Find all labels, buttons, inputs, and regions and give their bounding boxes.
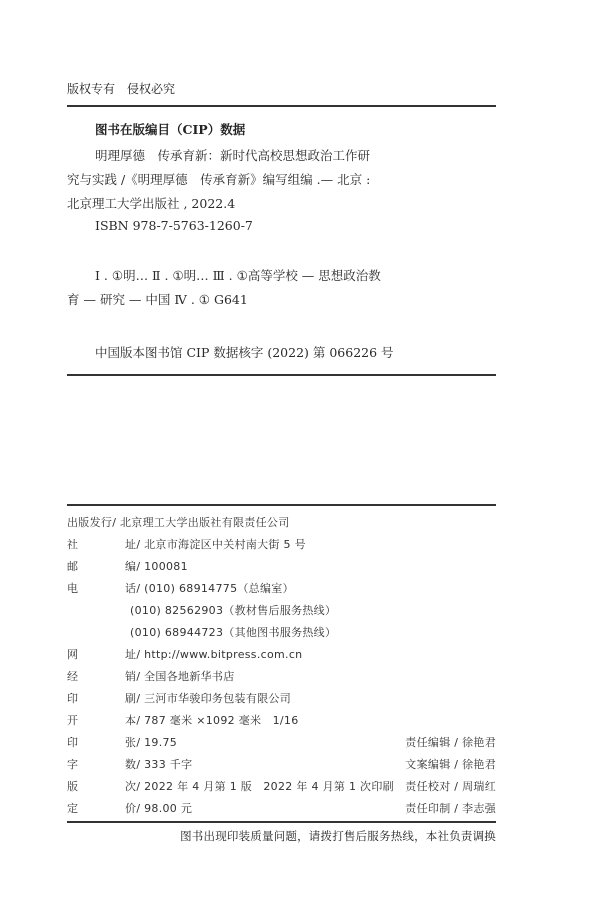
cip-classification-1: Ⅰ . ①明… Ⅱ . ①明… Ⅲ . ①高等学校 — 思想政治教 xyxy=(95,266,381,284)
copyright-notice: 版权专有 侵权必究 xyxy=(67,80,175,97)
credit-proofreader: 责任校对 / 周瑞红 xyxy=(405,778,496,794)
info-row-website: 网址/ http://www.bitpress.com.cn xyxy=(67,646,302,662)
credit-responsible-editor: 责任编辑 / 徐艳君 xyxy=(405,734,496,750)
divider-info-top xyxy=(67,504,496,506)
info-row-distributor: 经销/ 全国各地新华书店 xyxy=(67,668,235,684)
quality-notice: 图书出现印装质量问题，请拨打售后服务热线，本社负责调换 xyxy=(180,828,496,844)
cip-heading: 图书在版编目（CIP）数据 xyxy=(95,120,245,138)
info-row-publisher: 出版发行/ 北京理工大学出版社有限责任公司 xyxy=(67,514,290,530)
cip-line-2: 究与实践 /《明理厚德 传承育新》编写组编 .— 北京 : xyxy=(67,170,370,188)
info-row-sheets: 印张/ 19.75 xyxy=(67,734,177,750)
info-row-postcode: 邮编/ 100081 xyxy=(67,558,188,574)
info-row-edition: 版次/ 2022 年 4 月第 1 版 2022 年 4 月第 1 次印刷 xyxy=(67,778,394,794)
cip-line-3: 北京理工大学出版社 , 2022.4 xyxy=(67,194,235,212)
credit-copy-editor: 文案编辑 / 徐艳君 xyxy=(405,756,496,772)
cip-isbn: ISBN 978-7-5763-1260-7 xyxy=(95,218,253,233)
info-row-phone-2: (010) 82562903（教材售后服务热线） xyxy=(130,602,336,618)
info-row-phone: 电话/ (010) 68914775（总编室） xyxy=(67,580,294,596)
cip-line-1: 明理厚德 传承育新：新时代高校思想政治工作研 xyxy=(95,146,370,164)
divider-top xyxy=(67,105,496,107)
cip-classification-2: 育 — 研究 — 中国 Ⅳ . ① G641 xyxy=(67,290,248,308)
cip-heading-part1: 图书在版编目（ xyxy=(95,122,183,137)
info-row-word-count: 字数/ 333 千字 xyxy=(67,756,192,772)
info-row-phone-3: (010) 68944723（其他图书服务热线） xyxy=(130,624,336,640)
info-row-price: 定价/ 98.00 元 xyxy=(67,800,192,816)
info-row-format: 开本/ 787 毫米 ×1092 毫米 1/16 xyxy=(67,712,299,728)
credit-print-manager: 责任印制 / 李志强 xyxy=(405,800,496,816)
info-row-address: 社址/ 北京市海淀区中关村南大街 5 号 xyxy=(67,536,306,552)
cip-heading-latin: CIP xyxy=(183,122,208,137)
cip-heading-part2: ）数据 xyxy=(208,122,246,137)
divider-cip-bottom xyxy=(67,374,496,376)
divider-footer xyxy=(67,821,496,823)
cip-verification: 中国版本图书馆 CIP 数据核字 (2022) 第 066226 号 xyxy=(95,343,394,361)
info-row-printer: 印刷/ 三河市华骏印务包装有限公司 xyxy=(67,690,291,706)
